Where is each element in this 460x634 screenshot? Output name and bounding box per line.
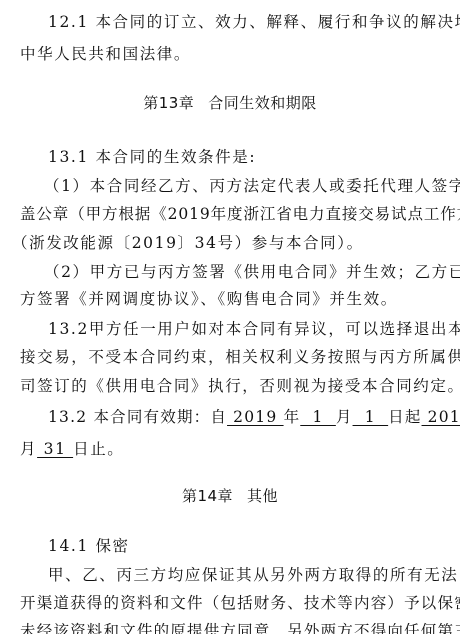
clause-13-1-item-1-line-1: （1）本合同经乙方、丙方法定代表人或委托代理人签字并加: [0, 176, 460, 196]
clause-13-1-heading: 13.1 本合同的生效条件是:: [0, 147, 460, 167]
end-year-field: 2019: [422, 408, 460, 426]
chapter-13-title: 合同生效和期限: [208, 94, 317, 112]
day-to-label: 日止。: [73, 440, 124, 458]
chapter-14-heading: 第14章其他: [0, 486, 460, 506]
clause-13-1-item-1-line-3: （浙发改能源〔2019〕34号）参与本合同）。: [0, 233, 460, 253]
clause-13-1-item-2-line-1: （2）甲方已与丙方签署《供用电合同》并生效；乙方已与丙: [0, 262, 460, 282]
clause-12-1-line-2: 中华人民共和国法律。: [0, 44, 460, 64]
month-label-2: 月: [20, 440, 37, 458]
chapter-13-heading: 第13章合同生效和期限: [0, 93, 460, 113]
clause-13-2b-line-1: 13.2 本合同有效期：自 2019 年 1 月 1 日起 2019 年 12: [0, 407, 460, 427]
start-month-field: 1: [300, 408, 336, 426]
end-day-field: 31: [37, 440, 73, 458]
day-from-label: 日起: [388, 408, 421, 426]
clause-13-2a-line-3: 司签订的《供用电合同》执行，否则视为接受本合同约定。: [0, 376, 460, 396]
clause-14-1-line-1: 甲、乙、丙三方均应保证其从另外两方取得的所有无法自公: [0, 565, 460, 585]
chapter-14-number: 第14章: [182, 487, 233, 505]
clause-13-2a-line-1: 13.2甲方任一用户如对本合同有异议，可以选择退出本次直: [0, 319, 460, 339]
clause-13-1-item-1-line-2: 盖公章（甲方根据《2019年度浙江省电力直接交易试点工作方案》: [0, 204, 460, 224]
clause-13-2a-line-2: 接交易，不受本合同约束，相关权利义务按照与丙方所属供电公: [0, 347, 460, 367]
term-prefix: 13.2 本合同有效期：自: [48, 408, 227, 426]
clause-13-2b-line-2: 月 31 日止。: [0, 439, 460, 459]
clause-14-1-line-3: 未经该资料和文件的原提供方同意，另外两方不得向任何第三方: [0, 621, 460, 634]
clause-14-1-heading: 14.1 保密: [0, 536, 460, 556]
chapter-14-title: 其他: [247, 487, 278, 505]
month-label: 月: [336, 408, 353, 426]
year-label: 年: [284, 408, 301, 426]
clause-12-1-line-1: 12.1 本合同的订立、效力、解释、履行和争议的解决均适用: [0, 12, 460, 32]
clause-13-1-item-2-line-2: 方签署《并网调度协议》、《购售电合同》并生效。: [0, 289, 460, 309]
start-day-field: 1: [353, 408, 389, 426]
start-year-field: 2019: [227, 408, 284, 426]
clause-14-1-line-2: 开渠道获得的资料和文件（包括财务、技术等内容）予以保密。: [0, 593, 460, 613]
chapter-13-number: 第13章: [143, 94, 194, 112]
